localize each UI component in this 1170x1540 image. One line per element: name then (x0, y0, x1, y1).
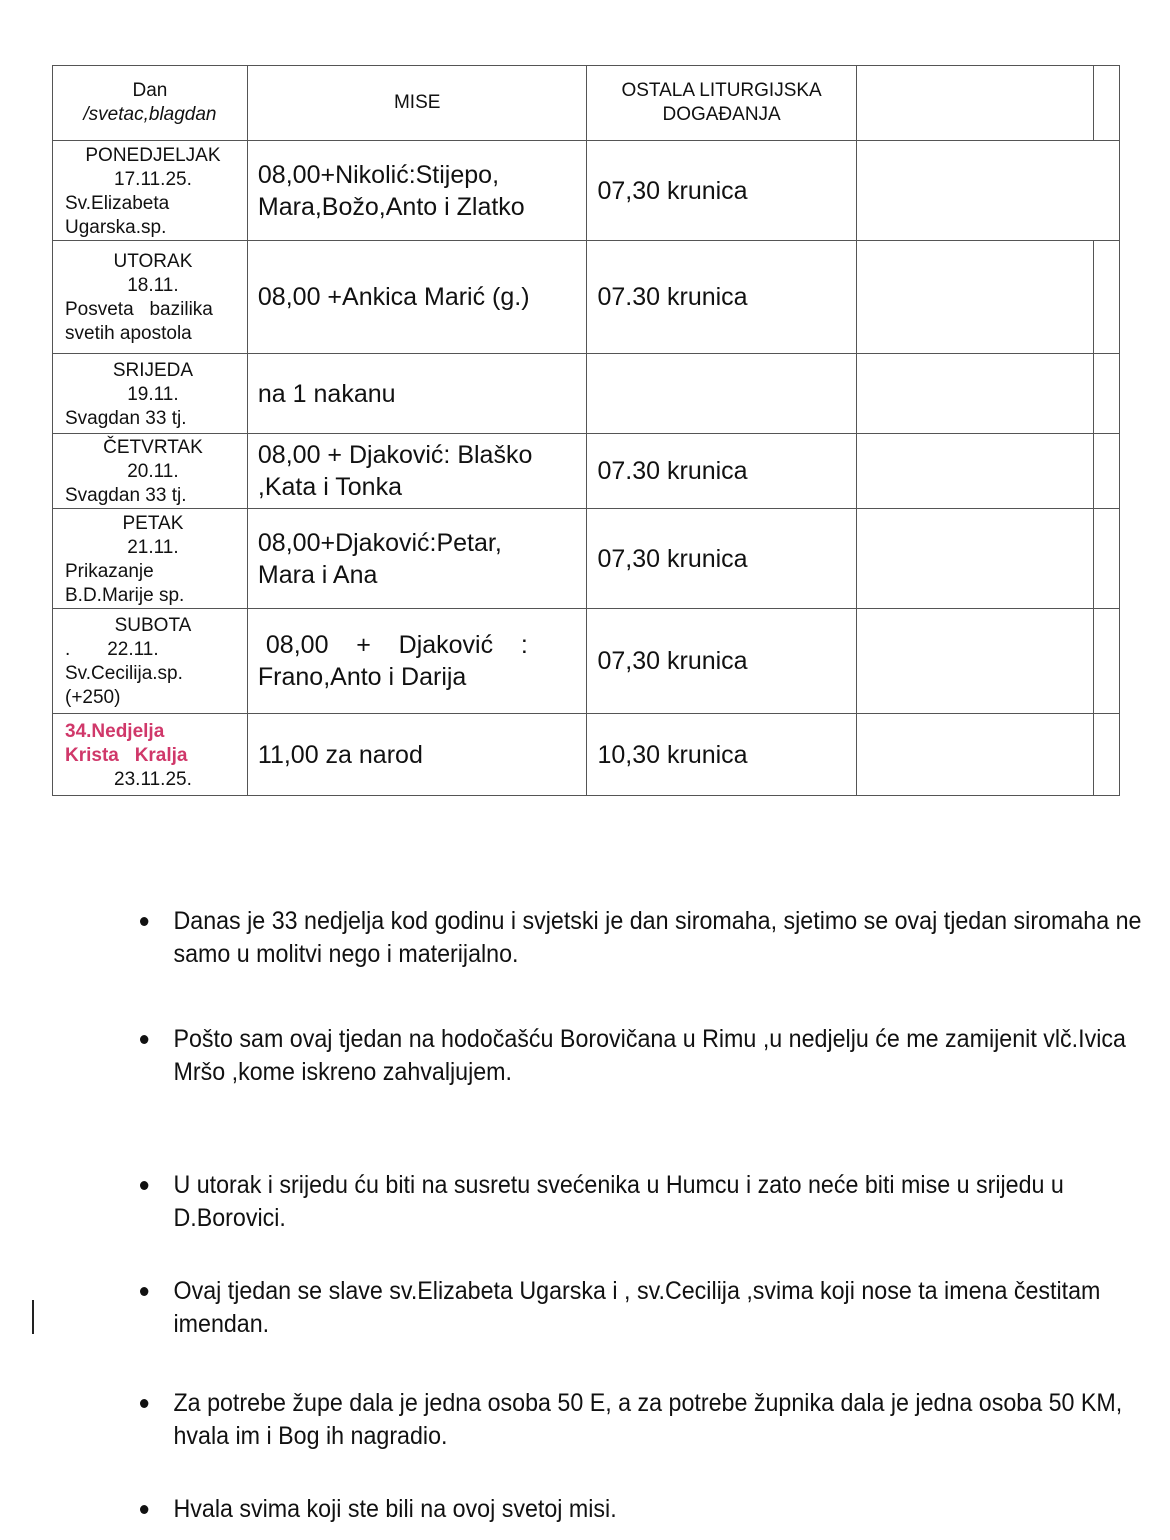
announcement-item: Hvala svima koji ste bili na ovoj svetoj… (140, 1493, 1150, 1526)
empty-cell (856, 434, 1093, 509)
mass-cell: 11,00 za narod (247, 714, 587, 796)
bullet-icon (140, 1505, 148, 1514)
mass-cell: 08,00+Djaković:Petar, Mara i Ana (247, 509, 587, 609)
mass-schedule-table: Dan /svetac,blagdan MISE OSTALA LITURGIJ… (52, 65, 1120, 796)
day-cell: SUBOTA . 22.11. Sv.Cecilija.sp. (+250) (53, 609, 248, 714)
announcement-item: Ovaj tjedan se slave sv.Elizabeta Ugarsk… (140, 1275, 1150, 1341)
table-row: ČETVRTAK 20.11. Svagdan 33 tj. 08,00 + D… (53, 434, 1120, 509)
narrow-cell (1093, 509, 1119, 609)
bullet-icon (140, 1181, 148, 1190)
narrow-cell (1093, 354, 1119, 434)
day-cell: 34.Nedjelja Krista Kralja 23.11.25. (53, 714, 248, 796)
other-event-cell: 07,30 krunica (587, 609, 856, 714)
table-row: UTORAK 18.11. Posveta bazilika svetih ap… (53, 241, 1120, 354)
bullet-icon (140, 1035, 148, 1044)
empty-cell (856, 141, 1119, 241)
table-header-row: Dan /svetac,blagdan MISE OSTALA LITURGIJ… (53, 66, 1120, 141)
narrow-cell (1093, 714, 1119, 796)
mass-cell: 08,00 +Ankica Marić (g.) (247, 241, 587, 354)
other-event-cell: 10,30 krunica (587, 714, 856, 796)
day-cell: PONEDJELJAK 17.11.25. Sv.Elizabeta Ugars… (53, 141, 248, 241)
header-other-events: OSTALA LITURGIJSKA DOGAĐANJA (587, 66, 856, 141)
day-cell: ČETVRTAK 20.11. Svagdan 33 tj. (53, 434, 248, 509)
header-narrow (1093, 66, 1119, 141)
other-event-cell: 07.30 krunica (587, 434, 856, 509)
empty-cell (856, 354, 1093, 434)
margin-mark (32, 1300, 34, 1334)
empty-cell (856, 609, 1093, 714)
other-event-cell: 07,30 krunica (587, 141, 856, 241)
table-row: SRIJEDA 19.11. Svagdan 33 tj. na 1 nakan… (53, 354, 1120, 434)
announcement-item: Za potrebe župe dala je jedna osoba 50 E… (140, 1387, 1150, 1453)
mass-cell: na 1 nakanu (247, 354, 587, 434)
mass-cell: 08,00+Nikolić:Stijepo, Mara,Božo,Anto i … (247, 141, 587, 241)
empty-cell (856, 714, 1093, 796)
announcement-item: Pošto sam ovaj tjedan na hodočašću Borov… (140, 1023, 1150, 1089)
other-event-cell (587, 354, 856, 434)
header-masses: MISE (247, 66, 587, 141)
announcement-item: Danas je 33 nedjelja kod godinu i svjets… (140, 905, 1150, 971)
bullet-icon (140, 1287, 148, 1296)
empty-cell (856, 241, 1093, 354)
header-day: Dan /svetac,blagdan (53, 66, 248, 141)
empty-cell (856, 509, 1093, 609)
table-row: PETAK 21.11. Prikazanje B.D.Marije sp. 0… (53, 509, 1120, 609)
announcements-list: Danas je 33 nedjelja kod godinu i svjets… (140, 905, 1110, 1526)
day-cell: SRIJEDA 19.11. Svagdan 33 tj. (53, 354, 248, 434)
narrow-cell (1093, 609, 1119, 714)
announcement-item: U utorak i srijedu ću biti na susretu sv… (140, 1169, 1150, 1235)
bullet-icon (140, 917, 148, 926)
header-empty (856, 66, 1093, 141)
day-cell: UTORAK 18.11. Posveta bazilika svetih ap… (53, 241, 248, 354)
day-cell: PETAK 21.11. Prikazanje B.D.Marije sp. (53, 509, 248, 609)
bullet-icon (140, 1399, 148, 1408)
table-row: PONEDJELJAK 17.11.25. Sv.Elizabeta Ugars… (53, 141, 1120, 241)
mass-cell: 08,00 + Djaković: Blaško ,Kata i Tonka (247, 434, 587, 509)
narrow-cell (1093, 434, 1119, 509)
narrow-cell (1093, 241, 1119, 354)
other-event-cell: 07,30 krunica (587, 509, 856, 609)
table-row: SUBOTA . 22.11. Sv.Cecilija.sp. (+250) 0… (53, 609, 1120, 714)
other-event-cell: 07.30 krunica (587, 241, 856, 354)
table-row-sunday: 34.Nedjelja Krista Kralja 23.11.25. 11,0… (53, 714, 1120, 796)
mass-cell: 08,00 + Djaković : Frano,Anto i Darija (247, 609, 587, 714)
